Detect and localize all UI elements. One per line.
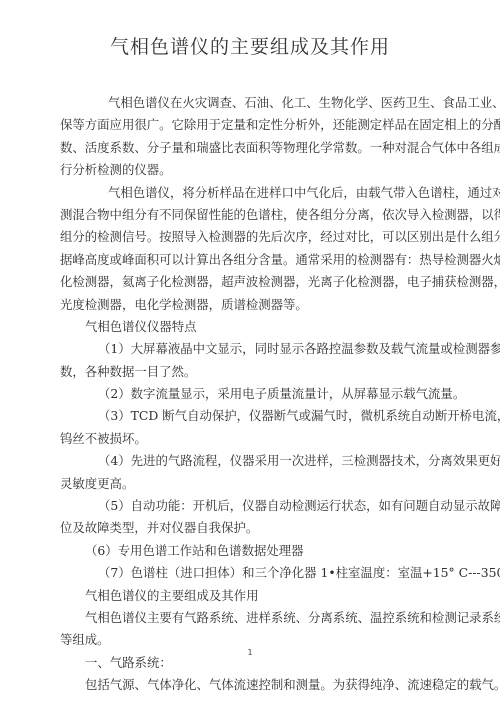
text-line: （2）数字流量显示，采用电子质量流量计，从屏幕显示载气流量。 — [60, 383, 448, 405]
document-title: 气相色谱仪的主要组成及其作用 — [0, 33, 500, 61]
document-body: 气相色谱仪在火灾调查、石油、化工、生物化学、医药卫生、食品工业、环保等方面应用很… — [60, 92, 448, 697]
text-line: （6）专用色谱工作站和色谱数据处理器 — [60, 540, 448, 562]
text-line: （1）大屏幕液晶中文显示，同时显示各路控温参数及载气流量或检测器参 — [60, 338, 448, 360]
text-line: 灵敏度更高。 — [60, 473, 448, 495]
text-line: 气相色谱仪仪器特点 — [60, 316, 448, 338]
text-line: 数、活度系数、分子量和瑞盛比表面积等物理化学常数。一种对混合气体中各组成分进 — [60, 137, 448, 159]
text-line: 测混合物中组分有不同保留性能的色谱柱，使各组分分离，依次导入检测器，以得到各 — [60, 204, 448, 226]
text-line: 化检测器，氦离子化检测器，超声波检测器，光离子化检测器，电子捕获检测器，火焰 — [60, 271, 448, 293]
text-line: （3）TCD 断气自动保护，仪器断气或漏气时，微机系统自动断开桥电流，保护 — [60, 405, 448, 427]
text-line: 位及故障类型，并对仪器自我保护。 — [60, 517, 448, 539]
text-line: 行分析检测的仪器。 — [60, 159, 448, 181]
text-line: 包括气源、气体净化、气体流速控制和测量。为获得纯净、流速稳定的载气。 — [60, 674, 448, 696]
text-line: 数，各种数据一目了然。 — [60, 361, 448, 383]
text-line: 据峰高度或峰面积可以计算出各组分含量。通常采用的检测器有：热导检测器火焰离子 — [60, 249, 448, 271]
document-page: 气相色谱仪的主要组成及其作用 气相色谱仪在火灾调查、石油、化工、生物化学、医药卫… — [0, 0, 500, 708]
text-line: 气相色谱仪的主要组成及其作用 — [60, 585, 448, 607]
text-line: （5）自动功能：开机后，仪器自动检测运行状态，如有问题自动显示故障部 — [60, 495, 448, 517]
text-line: 气相色谱仪主要有气路系统、进样系统、分离系统、温控系统和检测记录系统 — [60, 607, 448, 629]
text-line: 保等方面应用很广。它除用于定量和定性分析外，还能测定样品在固定相上的分配系 — [60, 114, 448, 136]
text-line: 气相色谱仪，将分析样品在进样口中气化后，由载气带入色谱柱，通过对欲检 — [60, 182, 448, 204]
text-line: （4）先进的气路流程，仪器采用一次进样，三检测器技术，分离效果更好， — [60, 450, 448, 472]
text-line: 钨丝不被损坏。 — [60, 428, 448, 450]
page-number: 1 — [0, 648, 500, 657]
text-line: 光度检测器，电化学检测器，质谱检测器等。 — [60, 294, 448, 316]
text-line: 气相色谱仪在火灾调查、石油、化工、生物化学、医药卫生、食品工业、环 — [60, 92, 448, 114]
text-line: （7）色谱柱（进口担体）和三个净化器 1•柱室温度：室温+15° C---350… — [60, 562, 448, 584]
text-line: 组分的检测信号。按照导入检测器的先后次序，经过对比，可以区别出是什么组分，根 — [60, 226, 448, 248]
